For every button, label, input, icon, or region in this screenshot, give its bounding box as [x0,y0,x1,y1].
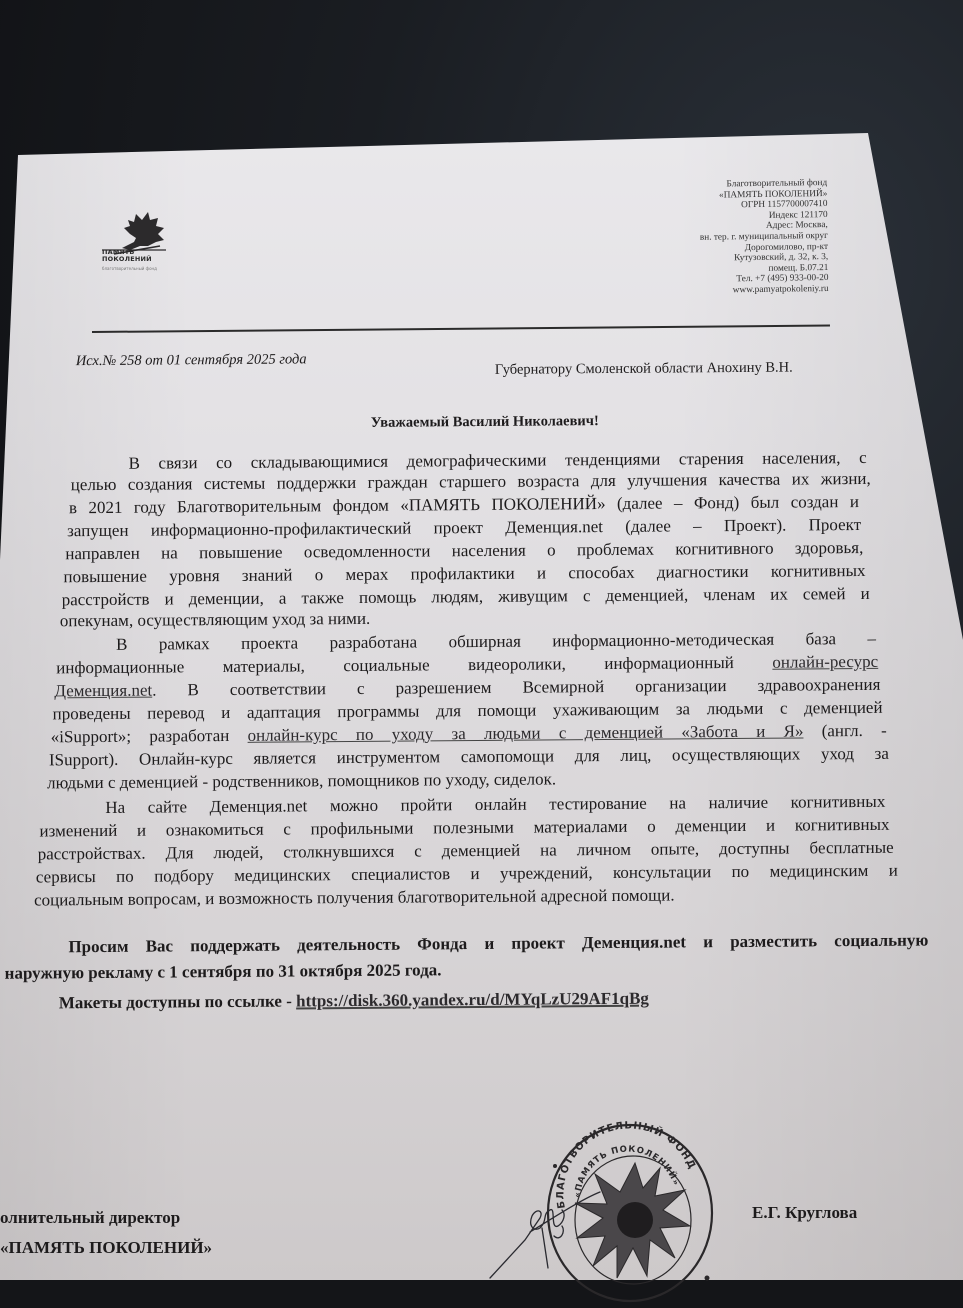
paragraph-2-text: . В соответствии с разрешением Всемирной… [152,675,880,700]
salutation: Уважаемый Василий Николаевич! [0,410,961,435]
paragraph-3-line: социальным вопросам, и возможность получ… [34,884,834,910]
request-line: Просим Вас поддержать деятельность Фонда… [68,930,928,957]
paragraph-2-text: «iSupport»; разработан [51,726,248,747]
signer-position: олнительный директор [0,1208,180,1228]
paragraph-2-line: В рамках проекта разработана обширная ин… [116,629,876,655]
paragraph-2-line: информационные материалы, социальные вид… [56,652,878,678]
handwritten-signature-icon [470,1170,610,1280]
paragraph-2-line: «iSupport»; разработан онлайн-курс по ух… [51,721,887,748]
paragraph-1-line: опекунам, осуществляющим уход за ними. [60,609,360,631]
letter-content: Исх.№ 258 от 01 сентября 2025 года Губер… [0,0,963,1280]
addressee: Губернатору Смоленской области Анохину В… [495,360,793,379]
online-course-link[interactable]: онлайн-курс по уходу за людьми с деменци… [247,721,803,744]
dementia-net-link[interactable]: Деменция.net [54,681,152,701]
paragraph-2-line: ISupport). Онлайн-курс является инструме… [49,744,889,771]
request-line: наружную рекламу с 1 сентября по 31 октя… [5,959,605,984]
paragraph-2-line: людьми с деменцией - родственников, помо… [47,769,547,793]
paragraph-3-line: На сайте Деменция.net можно пройти онлай… [105,792,885,818]
paragraph-1-line: в 2021 году Благотворительным фондом «ПА… [69,492,859,518]
paragraph-3-line: изменений и ознакомиться с профильными п… [39,815,889,842]
paragraph-3-line: расстройствах. Для людей, столкнувшихся … [38,838,894,865]
paragraph-1-line: повышение уровня знаний о мерах профилак… [63,561,865,587]
paragraph-2-line: проведены перевод и адаптация программы … [52,698,882,725]
outgoing-number: Исх.№ 258 от 01 сентября 2025 года [76,351,307,370]
paragraph-1-line: запущен информационно-профилактический п… [67,515,861,541]
paragraph-2-text: информационные материалы, социальные вид… [56,653,772,678]
request-line: Макеты доступны по ссылке - https://disk… [59,987,819,1013]
paragraph-2-text: (англ. - [803,721,886,741]
mockups-label: Макеты доступны по ссылке - [59,991,296,1012]
paragraph-1-line: направлен на повышение осведомленности н… [65,538,863,564]
online-resource-link[interactable]: онлайн-ресурс [772,652,878,672]
paragraph-2-line: Деменция.net. В соответствии с разрешени… [54,675,880,701]
paragraph-1-line: расстройств и деменции, а также помощь л… [62,584,870,610]
signer-name: Е.Г. Круглова [752,1203,857,1223]
mockups-link[interactable]: https://disk.360.yandex.ru/d/MYqLzU29AF1… [296,989,649,1011]
signer-organization: «ПАМЯТЬ ПОКОЛЕНИЙ» [0,1238,212,1258]
paragraph-3-line: сервисы по подбору медицинских специалис… [36,861,898,888]
